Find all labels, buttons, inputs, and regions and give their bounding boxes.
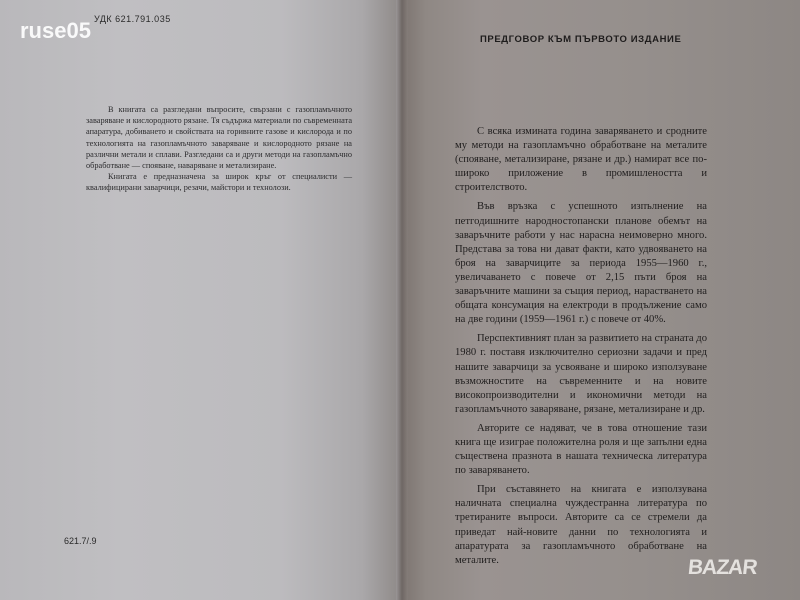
preface-body: С всяка измината година заваряването и с… (455, 125, 707, 573)
annotation-paragraph: Книгата е предназначена за широк кръг от… (86, 171, 352, 193)
seller-watermark: ruse05 (20, 18, 91, 44)
preface-title: ПРЕДГОВОР КЪМ ПЪРВОТО ИЗДАНИЕ (480, 34, 720, 45)
book-annotation: В книгата са разгледани въпросите, свърз… (86, 104, 352, 194)
annotation-paragraph: В книгата са разгледани въпросите, свърз… (86, 104, 352, 171)
left-page (0, 0, 402, 600)
bazar-logo-watermark: BAZAR (687, 556, 758, 580)
preface-paragraph: Авторите се надяват, че в това отношение… (455, 422, 707, 478)
book-spine (396, 0, 408, 600)
udk-classification-code: УДК 621.791.035 (94, 14, 171, 24)
preface-paragraph: С всяка измината година заваряването и с… (455, 125, 707, 195)
preface-paragraph: Перспективният план за развитието на стр… (455, 332, 707, 417)
preface-paragraph: При съставянето на книгата е използувана… (455, 483, 707, 568)
library-code: 621.7/.9 (64, 536, 97, 546)
open-book-spread: ruse05 УДК 621.791.035 В книгата са разг… (0, 0, 800, 600)
preface-paragraph: Във връзка с успешното изпълнение на пет… (455, 200, 707, 327)
